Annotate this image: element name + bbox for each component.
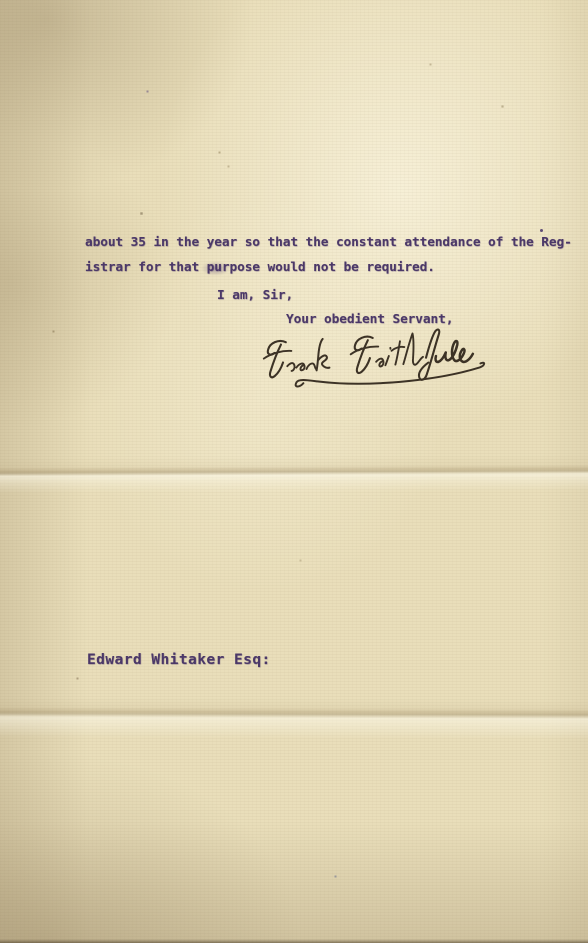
page-bottom-edge-shadow	[0, 939, 588, 943]
letter-page: about 35 in the year so that the constan…	[0, 0, 588, 943]
fold-crease-upper	[0, 455, 588, 494]
closing-salutation: I am, Sir,	[217, 289, 293, 303]
paper-specks	[0, 0, 1, 1]
fold-crease-lower	[0, 697, 588, 739]
recipient-line: Edward Whitaker Esq:	[87, 652, 271, 668]
paper-grain-texture	[0, 0, 588, 943]
signature-strokes	[252, 323, 491, 395]
overtype-mark	[540, 229, 543, 232]
closing-valediction: Your obedient Servant,	[286, 313, 453, 327]
body-line-1: about 35 in the year so that the constan…	[85, 236, 572, 250]
body-line-2: istrar for that purpose would not be req…	[85, 261, 435, 275]
handwritten-signature	[252, 323, 491, 395]
